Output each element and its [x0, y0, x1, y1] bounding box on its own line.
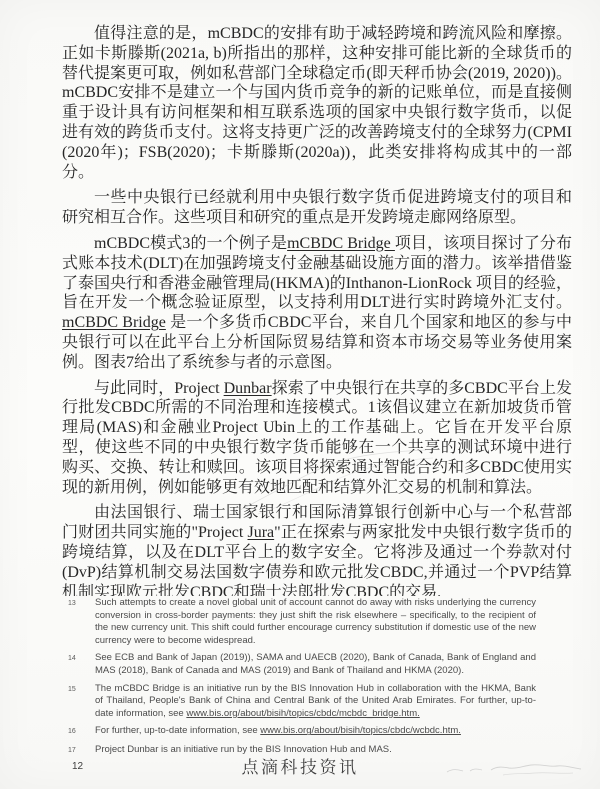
footnote-text: Such attempts to create a novel global u…	[95, 597, 536, 647]
footnote-text: Such attempts to create a novel global u…	[95, 597, 536, 646]
paragraph-4: 与此同时，Project Dunbar探索了中央银行在共享的多CBDC平台上发行…	[62, 379, 572, 498]
document-page: 值得注意的是，mCBDC的安排有助于减轻跨境和跨流风险和摩擦。正如卡斯滕斯(20…	[0, 0, 600, 789]
paragraph-text: 值得注意的是，mCBDC的安排有助于减轻跨境和跨流风险和摩擦。正如卡斯滕斯(20…	[62, 25, 572, 181]
paragraph-1: 值得注意的是，mCBDC的安排有助于减轻跨境和跨流风险和摩擦。正如卡斯滕斯(20…	[62, 24, 572, 182]
footnote-text: The mCBDC Bridge is an initiative run by…	[95, 683, 536, 721]
footnote-16: 16 For further, up-to-date information, …	[66, 725, 536, 739]
mcbdc-bridge-link[interactable]: mCBDC Bridge	[287, 235, 395, 252]
project-dunbar-link[interactable]: Dunbar	[224, 380, 272, 397]
paragraph-text: mCBDC模式3的一个例子是	[94, 235, 287, 252]
footnote-text: See ECB and Bank of Japan (2019)), SAMA …	[95, 652, 536, 676]
paragraph-text: 一些中央银行已经就利用中央银行数字货币促进跨境支付的项目和研究相互合作。这些项目…	[62, 189, 572, 226]
footnote-marker: 16	[66, 725, 95, 739]
footnote-url-link[interactable]: www.bis.org/about/bisih/topics/cbdc/wcbd…	[260, 725, 461, 736]
paragraph-2: 一些中央银行已经就利用中央银行数字货币促进跨境支付的项目和研究相互合作。这些项目…	[62, 188, 572, 228]
footnotes-section: 13 Such attempts to create a novel globa…	[66, 597, 536, 763]
body-text: 值得注意的是，mCBDC的安排有助于减轻跨境和跨流风险和摩擦。正如卡斯滕斯(20…	[62, 24, 572, 596]
footnote-text: For further, up-to-date information, see	[95, 725, 260, 736]
footnote-14: 14 See ECB and Bank of Japan (2019)), SA…	[66, 652, 536, 677]
footnote-marker: 14	[66, 652, 95, 677]
paragraph-5: 由法国银行、瑞士国家银行和国际清算银行创新中心与一个私营部门财团共同实施的"Pr…	[62, 503, 572, 596]
footnote-marker: 15	[66, 683, 95, 721]
paragraph-3: mCBDC模式3的一个例子是mCBDC Bridge 项目，该项目探讨了分布式账…	[62, 234, 572, 373]
project-jura-link[interactable]: Jura	[248, 524, 275, 541]
footnote-13: 13 Such attempts to create a novel globa…	[66, 597, 536, 647]
footnote-15: 15 The mCBDC Bridge is an initiative run…	[66, 683, 536, 721]
footnote-text: For further, up-to-date information, see…	[95, 725, 536, 739]
footnote-marker: 13	[66, 597, 95, 647]
paragraph-text: 与此同时，Project	[94, 380, 224, 397]
footer-brand: 点滴科技资讯	[0, 753, 600, 778]
mcbdc-bridge-link[interactable]: mCBDC Bridge	[62, 314, 166, 331]
page-footer: 12 点滴科技资讯	[0, 753, 600, 781]
footnote-text: See ECB and Bank of Japan (2019)), SAMA …	[95, 652, 536, 677]
footnote-url-link[interactable]: www.bis.org/about/bisih/topics/cbdc/mcbd…	[186, 708, 419, 719]
